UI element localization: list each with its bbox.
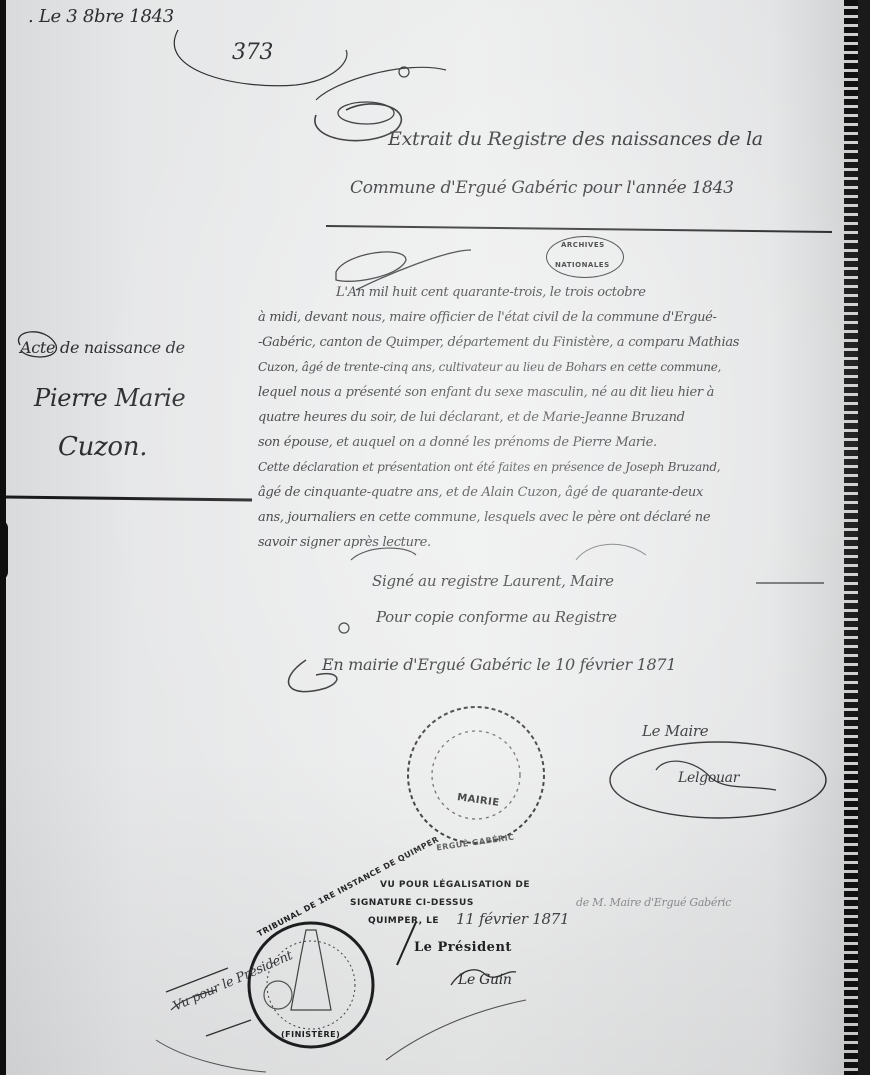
flourishes-layer (6, 0, 858, 1075)
legalisation-handwritten-date: 11 février 1871 (456, 910, 569, 928)
scan-left-edge-blob (0, 520, 8, 580)
body-line: son épouse, et auquel on a donné les pré… (258, 435, 657, 450)
body-line: ans, journaliers en cette commune, lesqu… (258, 510, 710, 525)
place-date-line: En mairie d'Ergué Gabéric le 10 février … (322, 655, 676, 674)
legalisation-line-1: VU POUR LÉGALISATION DE (380, 880, 530, 890)
body-line: quatre heures du soir, de lui déclarant,… (258, 410, 685, 425)
archives-nationales-stamp: ARCHIVES NATIONALES (546, 236, 624, 278)
archives-stamp-top: ARCHIVES (561, 241, 605, 249)
copy-conforme-line: Pour copie conforme au Registre (376, 608, 617, 626)
mayor-signature: Lelgouar (678, 770, 739, 786)
legalisation-handwritten-note: de M. Maire d'Ergué Gabéric (576, 896, 731, 909)
body-line: -Gabéric, canton de Quimper, département… (258, 335, 739, 350)
legalisation-line-3: QUIMPER, LE (368, 916, 439, 926)
title-line-2: Commune d'Ergué Gabéric pour l'année 184… (350, 178, 734, 198)
president-label: Le Président (414, 940, 512, 955)
margin-note-line-1: Acte de naissance de (20, 338, 185, 357)
body-line: à midi, devant nous, maire officier de l… (258, 310, 717, 325)
archives-stamp-bottom: NATIONALES (555, 261, 610, 269)
body-line: Cette déclaration et présentation ont ét… (258, 460, 720, 474)
body-line: Cuzon, âgé de trente-cinq ans, cultivate… (258, 360, 721, 374)
folio-number: 373 (232, 40, 273, 65)
legalisation-line-2: SIGNATURE CI-DESSUS (350, 898, 474, 908)
body-line: savoir signer après lecture. (258, 535, 431, 550)
top-date: . Le 3 8bre 1843 (28, 6, 174, 27)
document-page: . Le 3 8bre 1843 373 Extrait du Registre… (6, 0, 858, 1075)
margin-note-line-2: Pierre Marie (34, 384, 185, 412)
body-line: lequel nous a présenté son enfant du sex… (258, 385, 714, 400)
body-line: L'An mil huit cent quarante-trois, le tr… (336, 285, 646, 300)
signed-register-line: Signé au registre Laurent, Maire (372, 572, 614, 590)
margin-note-line-3: Cuzon. (58, 432, 147, 462)
mayor-label: Le Maire (642, 722, 708, 740)
tribunal-seal-bottom: (FINISTÈRE) (281, 1030, 340, 1039)
president-signature: Le Guin (458, 972, 512, 988)
title-line-1: Extrait du Registre des naissances de la (388, 128, 763, 150)
body-line: âgé de cinquante-quatre ans, et de Alain… (258, 485, 703, 500)
scan-right-edge (844, 0, 858, 1075)
